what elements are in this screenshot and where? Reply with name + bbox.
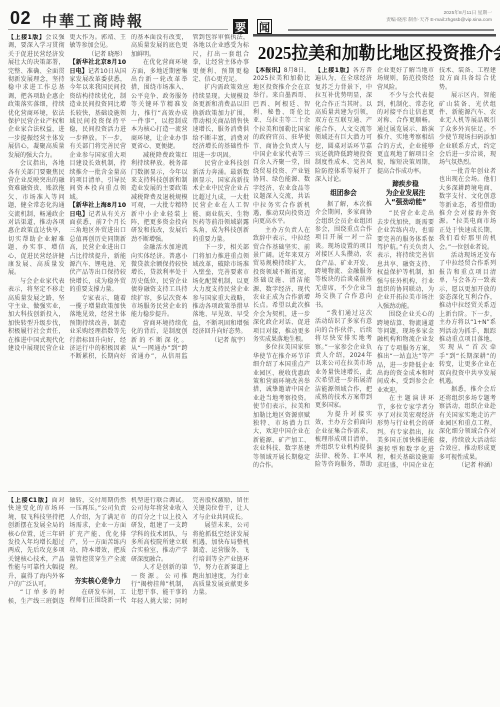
paragraph: 主办方负责人在致辞中表示，中拉经贸合作基础坚实、前景广阔。近年来双方贸易规模持续… [253, 227, 310, 345]
paragraph: 围绕企业关心的跨境结算、物流通道等问题，现场多家金融机构和物流企业发布了专项服务… [377, 311, 434, 395]
reporter-credit: （记者 晓彤） [70, 51, 127, 59]
left-bottom-article: 【上接C1版】面对快速变化的市场环境，驭飞科技坚持把创新摆在发展全局的核心位置，… [8, 497, 249, 703]
newspaper-masthead: 中華工商時報 [42, 10, 144, 31]
header-rule-right [288, 29, 494, 31]
section-char-wen: 闻 [257, 19, 272, 34]
reporter-credit: （记者 航宇） [193, 337, 250, 345]
paragraph: 据悉，推介会后还将组织多场专题考察活动，组织企业赴有关国家实地走访产业园区和重点… [439, 386, 496, 462]
article-divider-rule [8, 491, 249, 492]
article-subhead: 组团参会 [315, 189, 372, 198]
paragraph: “民营企业走出去步伐加快，既需要企业苦练内功，也需要完善的服务体系保驾护航。”有… [377, 210, 434, 311]
section-char-yao: 要 [233, 19, 248, 34]
paragraph: 展示区内，智能矿山装备、光伏组件、新能源汽车、农业无人机等展品吸引了众多外宾驻足… [439, 92, 496, 168]
paragraph: 多位拉美国家驻华使节在推介环节详细介绍了本国重点产业园区、税收优惠政策和营商环境… [253, 344, 310, 470]
lead-tag: 【本报讯】 [253, 67, 284, 74]
paragraph: 据了解，本次推介会期间，多家商协会组织会员企业组团参会，围绕重点合作项目开展一对… [315, 201, 372, 310]
paragraph: 扩内需政策效应持续显现。大规模设备更新和消费品以旧换新政策加力扩围，带动相关商品… [193, 84, 250, 160]
continued-tag: 【上接C1版】 [8, 497, 52, 504]
article-subhead: 为企业发展注入“强劲动能” [377, 189, 434, 207]
paragraph-text: 会议强调，要深入学习贯彻关于促进民营经济发展壮大的决策部署，完整、准确、全面贯彻… [8, 34, 65, 159]
paragraph: 会议指出，各地各有关部门要聚焦民营企业反映突出的融资难融资贵、账款拖欠、市场准入… [8, 160, 65, 278]
paragraph: “我们通过这次活动结识了多家有意向的合作伙伴，后续将尽快安排实地考察。”一家参会… [315, 310, 372, 411]
news-item-text: 记者从有关方面获悉，前7个月长三角地区外贸进出口总值再创历史同期新高，民营企业进… [70, 211, 127, 294]
paragraph: 民营企业科技创新活力奔涌。最新数据显示，国家高新技术企业中民营企业占比超过九成，… [193, 160, 250, 244]
reporter-credit: （记者 梓涵） [439, 462, 496, 470]
continued-tag: 【上接1版】 [315, 67, 353, 74]
paragraph-text: 面对快速变化的市场环境，驭飞科技坚持把创新摆在发展全局的核心位置，近三年研发投入… [8, 497, 65, 588]
main-headline: 2025拉美和加勒比地区投资推介会在京举行 [258, 40, 491, 65]
paragraph: 不少与会代表提到，机制化、常态化的对接平台让信息更对称、合作更顺畅。通过展览展示… [377, 92, 434, 176]
paragraph: 【上接1版】各方普遍认为，在全球经济复苏乏力背景下，中拉互补优势明显，深化合作正… [315, 67, 372, 185]
paragraph: 【本报讯】8月8日，2025拉美和加勒比地区投资推介会在京举行。来自墨西哥、巴西… [253, 67, 310, 227]
section-badge: 要 闻 [233, 19, 272, 34]
paragraph: 一批青年创业者也出现在会场。他们大多深耕跨境电商、数字支付、文化创意等新业态，希… [439, 168, 496, 252]
left-top-article: 【上接1版】会议强调，要深入学习贯彻关于促进民营经济发展壮大的决策部署，完整、准… [8, 34, 249, 486]
paragraph: 减税降费政策红利持续释放。税务部门数据显示，今年以来支持科技创新和制造业发展的主… [131, 152, 188, 244]
paragraph-text: 各方普遍认为，在全球经济复苏乏力背景下，中拉互补优势明显，深化合作正当其时。以高… [315, 67, 372, 183]
news-item-text: 记者10日从国家发展改革委获悉，今年以来我国民间投资结构持续优化，制造业民间投资… [70, 68, 127, 201]
news-item: 【新华社北京8月10日电】记者10日从国家发展改革委获悉，今年以来我国民间投资结… [70, 59, 127, 202]
headline-rule [253, 34, 496, 37]
header-rule-left [8, 29, 228, 30]
editor-info-line: 责编·晓彤 制作·天齐 E-mail:zhgssb@vip.sina.com [386, 18, 492, 25]
paragraph: 【上接1版】会议强调，要深入学习贯彻关于促进民营经济发展壮大的决策部署，完整、准… [8, 34, 65, 160]
header-meta: 2025年8月11日 星期一 责编·晓彤 制作·天齐 E-mail:zhgssb… [386, 11, 492, 25]
paragraph: 金融活水加速流向实体经济。普惠小微贷款余额保持较快增长，贷款利率处于历史低位，民… [131, 244, 188, 320]
paragraph: 【上接C1版】面对快速变化的市场环境，驭飞科技坚持把创新摆在发展全局的核心位置，… [8, 497, 65, 589]
paragraph-text: 8月8日，2025拉美和加勒比地区投资推介会在京举行。来自墨西哥、巴西、阿根廷、… [253, 67, 310, 225]
paragraph: 展望未来，公司将抢抓低空经济发展机遇，加快布局整机制造、运营服务、飞行培训等全产… [193, 522, 250, 598]
main-article-body: 【本报讯】8月8日，2025拉美和加勒比地区投资推介会在京举行。来自墨西哥、巴西… [253, 67, 496, 703]
paragraph: 下一步，相关部门将加力推进重点领域改革，破除市场准入壁垒，完善要素市场化配置机制… [193, 244, 250, 336]
article-subhead: 蹄疾步稳 [377, 180, 434, 189]
paragraph: 在优化营商环境方面，多地近期密集出台新一轮改革举措，围绕市场准入、公平竞争、政务… [131, 59, 188, 151]
continued-tag: 【上接1版】 [8, 34, 45, 41]
article-subhead: 夯实核心竞争力 [70, 577, 127, 586]
page-number: 02 [10, 8, 31, 29]
news-item: 【新华社上海8月10日电】记者从有关方面获悉，前7个月长三角地区外贸进出口总值再… [70, 202, 127, 294]
date-line: 2025年8月11日 星期一 [386, 11, 492, 18]
paragraph: 活动现场还发布了中拉经贸合作系列报告和重点项目清单，与会各方一致表示，愿以更加开… [439, 252, 496, 387]
